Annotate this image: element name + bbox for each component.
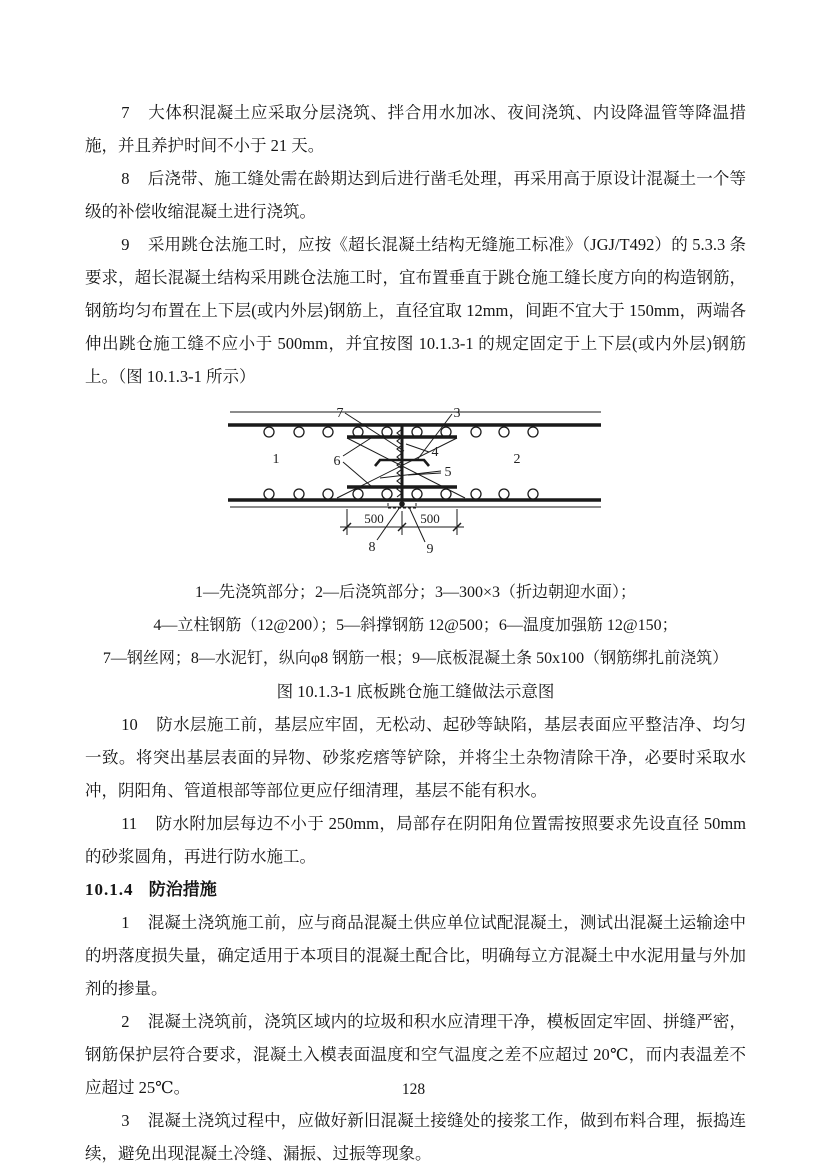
callout-2: 2 bbox=[513, 452, 520, 467]
item-number: 8 bbox=[121, 169, 129, 188]
callout-9: 9 bbox=[426, 542, 433, 557]
construction-joint-diagram: 500 500 1 2 3 4 5 6 7 8 9 bbox=[228, 405, 604, 565]
item-number: 2 bbox=[121, 1012, 129, 1031]
figure-legend-line-3: 7—钢丝网；8—水泥钉，纵向φ8 钢筋一根；9—底板混凝土条 50x100（钢筋… bbox=[85, 642, 746, 675]
callout-3: 3 bbox=[453, 406, 460, 421]
item-number: 7 bbox=[121, 103, 129, 122]
item-text: 混凝土浇筑过程中，应做好新旧混凝土接缝处的接浆工作，做到布料合理，振捣连续，避免… bbox=[85, 1111, 746, 1163]
callout-4: 4 bbox=[431, 445, 438, 460]
item-number: 3 bbox=[121, 1111, 129, 1130]
item-number: 11 bbox=[121, 814, 137, 833]
item-text: 大体积混凝土应采取分层浇筑、拌合用水加冰、夜间浇筑、内设降温管等降温措施，并且养… bbox=[85, 103, 746, 155]
callout-7: 7 bbox=[336, 406, 343, 421]
item-text: 采用跳仓法施工时，应按《超长混凝土结构无缝施工标准》（JGJ/T492）的 5.… bbox=[85, 235, 746, 386]
paragraph-1: 1混凝土浇筑施工前，应与商品混凝土供应单位试配混凝土，测试出混凝土运输途中的坍落… bbox=[85, 906, 746, 1005]
page-number: 128 bbox=[0, 1080, 827, 1100]
item-text: 防水层施工前，基层应牢固，无松动、起砂等缺陷，基层表面应平整洁净、均匀一致。将突… bbox=[85, 715, 746, 800]
paragraph-9: 9采用跳仓法施工时，应按《超长混凝土结构无缝施工标准》（JGJ/T492）的 5… bbox=[85, 228, 746, 393]
item-text: 混凝土浇筑施工前，应与商品混凝土供应单位试配混凝土，测试出混凝土运输途中的坍落度… bbox=[85, 913, 746, 998]
cement-nail bbox=[399, 501, 405, 507]
callout-1: 1 bbox=[272, 452, 279, 467]
paragraph-8: 8后浇带、施工缝处需在龄期达到后进行凿毛处理，再采用高于原设计混凝土一个等级的补… bbox=[85, 162, 746, 228]
dimension-lines bbox=[340, 509, 464, 535]
dimension-label-right: 500 bbox=[420, 511, 440, 526]
figure-legend-line-2: 4—立柱钢筋（12@200）；5—斜撑钢筋 12@500；6—温度加强筋 12@… bbox=[85, 609, 746, 642]
item-number: 1 bbox=[121, 913, 129, 932]
paragraph-3: 3混凝土浇筑过程中，应做好新旧混凝土接缝处的接浆工作，做到布料合理，振捣连续，避… bbox=[85, 1104, 746, 1170]
paragraph-7: 7大体积混凝土应采取分层浇筑、拌合用水加冰、夜间浇筑、内设降温管等降温措施，并且… bbox=[85, 96, 746, 162]
section-number: 10.1.4 bbox=[85, 880, 134, 899]
paragraph-11: 11防水附加层每边不小于 250mm，局部存在阴阳角位置需按照要求先设直径 50… bbox=[85, 807, 746, 873]
item-text: 后浇带、施工缝处需在龄期达到后进行凿毛处理，再采用高于原设计混凝土一个等级的补偿… bbox=[85, 169, 746, 221]
item-text: 防水附加层每边不小于 250mm，局部存在阴阳角位置需按照要求先设直径 50mm… bbox=[85, 814, 746, 866]
callout-8: 8 bbox=[368, 540, 375, 555]
paragraph-10: 10防水层施工前，基层应牢固，无松动、起砂等缺陷，基层表面应平整洁净、均匀一致。… bbox=[85, 708, 746, 807]
item-number: 10 bbox=[121, 715, 138, 734]
figure-10-1-3-1: 500 500 1 2 3 4 5 6 7 8 9 bbox=[85, 405, 746, 570]
figure-title: 图 10.1.3-1 底板跳仓施工缝做法示意图 bbox=[85, 675, 746, 708]
section-title: 防治措施 bbox=[149, 880, 217, 899]
callout-6: 6 bbox=[333, 454, 340, 469]
figure-legend-line-1: 1—先浇筑部分；2—后浇筑部分；3—300×3（折边朝迎水面）； bbox=[85, 576, 746, 609]
dimension-label-left: 500 bbox=[364, 511, 384, 526]
document-page: 7大体积混凝土应采取分层浇筑、拌合用水加冰、夜间浇筑、内设降温管等降温措施，并且… bbox=[0, 0, 827, 1170]
item-number: 9 bbox=[121, 235, 129, 254]
callout-5: 5 bbox=[444, 465, 451, 480]
section-heading-10-1-4: 10.1.4防治措施 bbox=[85, 873, 746, 906]
